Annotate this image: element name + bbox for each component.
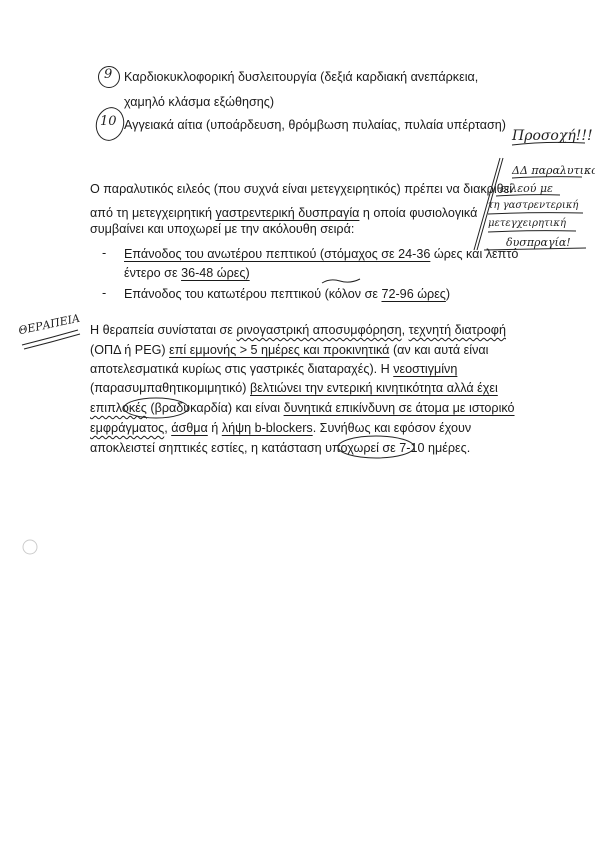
item-10-line1: Αγγειακά αίτια (υποάρδευση, θρόμβωση πυλ… xyxy=(124,117,506,133)
item-9-line2: χαμηλό κλάσμα εξώθησης) xyxy=(124,94,274,110)
p2-line3: αποτελεσματικά κυρίως στις γαστρικές δια… xyxy=(90,361,457,377)
p2-line5: επιπλοκές (βραδυκαρδία) και είναι δυνητι… xyxy=(90,400,515,416)
p1-line2: από τη μετεγχειρητική γαστρεντερική δυσπ… xyxy=(90,205,477,221)
p2-l5-circled: βραδυκαρδία) xyxy=(155,401,232,415)
p2-l6-u2: άσθμα xyxy=(171,421,208,435)
p2-l6-u1: εμφράγματος xyxy=(90,421,164,435)
p2-l3-u: νεοστιγμίνη xyxy=(393,362,457,376)
p2-l2-post: (αν και αυτά είναι xyxy=(389,343,488,357)
p2-l6-post: . Συνήθως και εφόσον έχουν xyxy=(313,421,472,435)
item-9-line1: Καρδιοκυκλοφορική δυσλειτουργία (δεξιά κ… xyxy=(124,69,478,85)
note-line-2: ειλεού με xyxy=(500,182,553,195)
p1-line2-pre: από τη μετεγχειρητική xyxy=(90,206,215,220)
bullet-1-l2-u: 36-48 ώρες) xyxy=(181,266,250,280)
item-9-marker: 9 xyxy=(104,67,112,82)
p2-line2: (ΟΠΔ ή PEG) επί εμμονής > 5 ημέρες και π… xyxy=(90,342,488,358)
p2-line1: Η θεραπεία συνίσταται σε ρινογαστρική απ… xyxy=(90,322,506,338)
p2-l1-mid: , xyxy=(402,323,409,337)
p2-l4-u: βελτιώνει την εντερική κινητικότητα αλλά… xyxy=(250,381,498,395)
p2-line6: εμφράγματος, άσθμα ή λήψη b-blockers. Συ… xyxy=(90,420,471,436)
note-line-4: μετεγχειρητική xyxy=(488,218,566,229)
bullet-2-u: 72-96 ώρες xyxy=(381,287,445,301)
therapy-note: ΘΕΡΑΠΕΙΑ xyxy=(17,312,81,338)
p2-l2-u1: επί εμμονής > 5 ημέρες και προκινητικά xyxy=(169,343,389,357)
p2-l7-pre: αποκλειστεί σηπτικές εστίες, η κατάσταση… xyxy=(90,441,399,455)
p2-l2-pre: (ΟΠΔ ή PEG) xyxy=(90,343,169,357)
bullet-2-pre: Επάνοδος του κατωτέρου πεπτικού (κόλον σ… xyxy=(124,287,381,301)
bullet-1-line1: Επάνοδος του ανωτέρου πεπτικού (στόμαχος… xyxy=(124,246,518,262)
bullet-1-post: ώρες και λεπτό xyxy=(430,247,518,261)
bullet-2-dash: - xyxy=(102,286,106,300)
p2-l1-u1: ρινογαστρική αποσυμφόρηση xyxy=(236,323,401,337)
p2-l5-u1: επιπλοκές xyxy=(90,401,147,415)
note-line-1: ΔΔ παραλυτικού xyxy=(512,164,595,177)
p2-l1-u2: τεχνητή διατροφή xyxy=(409,323,506,337)
p2-l5-u2: δυνητικά επικίνδυνη σε άτομα με ιστορικό xyxy=(284,401,515,415)
p1-line3: συμβαίνει και υποχωρεί με την ακόλουθη σ… xyxy=(90,221,354,237)
p2-l6-u3: λήψη b-blockers xyxy=(222,421,313,435)
p1-highlight: γαστρεντερική δυσπραγία xyxy=(215,206,359,220)
p1-line2-post: η οποία φυσιολογικά xyxy=(359,206,477,220)
p2-l6-mid2: ή xyxy=(208,421,222,435)
bullet-1-line2: έντερο σε 36-48 ώρες) xyxy=(124,265,250,281)
p2-l4-pre: (παρασυμπαθητικομιμητικό) xyxy=(90,381,250,395)
bullet-1-u: Επάνοδος του ανωτέρου πεπτικού (στόμαχος… xyxy=(124,247,430,261)
bullet-2-post: ) xyxy=(446,287,450,301)
p2-l3-pre: αποτελεσματικά κυρίως στις γαστρικές δια… xyxy=(90,362,393,376)
attention-note: Προσοχή!!! xyxy=(512,128,593,144)
p2-l5-mid1: ( xyxy=(147,401,155,415)
bullet-1-dash: - xyxy=(102,246,106,260)
p1-line1: Ο παραλυτικός ειλεός (που συχνά είναι με… xyxy=(90,181,512,197)
note-line-5: δυσπραγία! xyxy=(506,236,571,249)
p2-line4: (παρασυμπαθητικομιμητικό) βελτιώνει την … xyxy=(90,380,498,396)
note-line-3: τη γαστρεντερική xyxy=(488,200,578,211)
p2-l1-pre: Η θεραπεία συνίσταται σε xyxy=(90,323,236,337)
bullet-1-l2-pre: έντερο σε xyxy=(124,266,181,280)
p2-l5-mid2: και είναι xyxy=(232,401,284,415)
bullet-2-line1: Επάνοδος του κατωτέρου πεπτικού (κόλον σ… xyxy=(124,286,450,302)
p2-line7: αποκλειστεί σηπτικές εστίες, η κατάσταση… xyxy=(90,440,470,456)
item-10-marker: 10 xyxy=(100,114,117,129)
p2-l7-circled: 7-10 ημέρες. xyxy=(399,441,470,455)
